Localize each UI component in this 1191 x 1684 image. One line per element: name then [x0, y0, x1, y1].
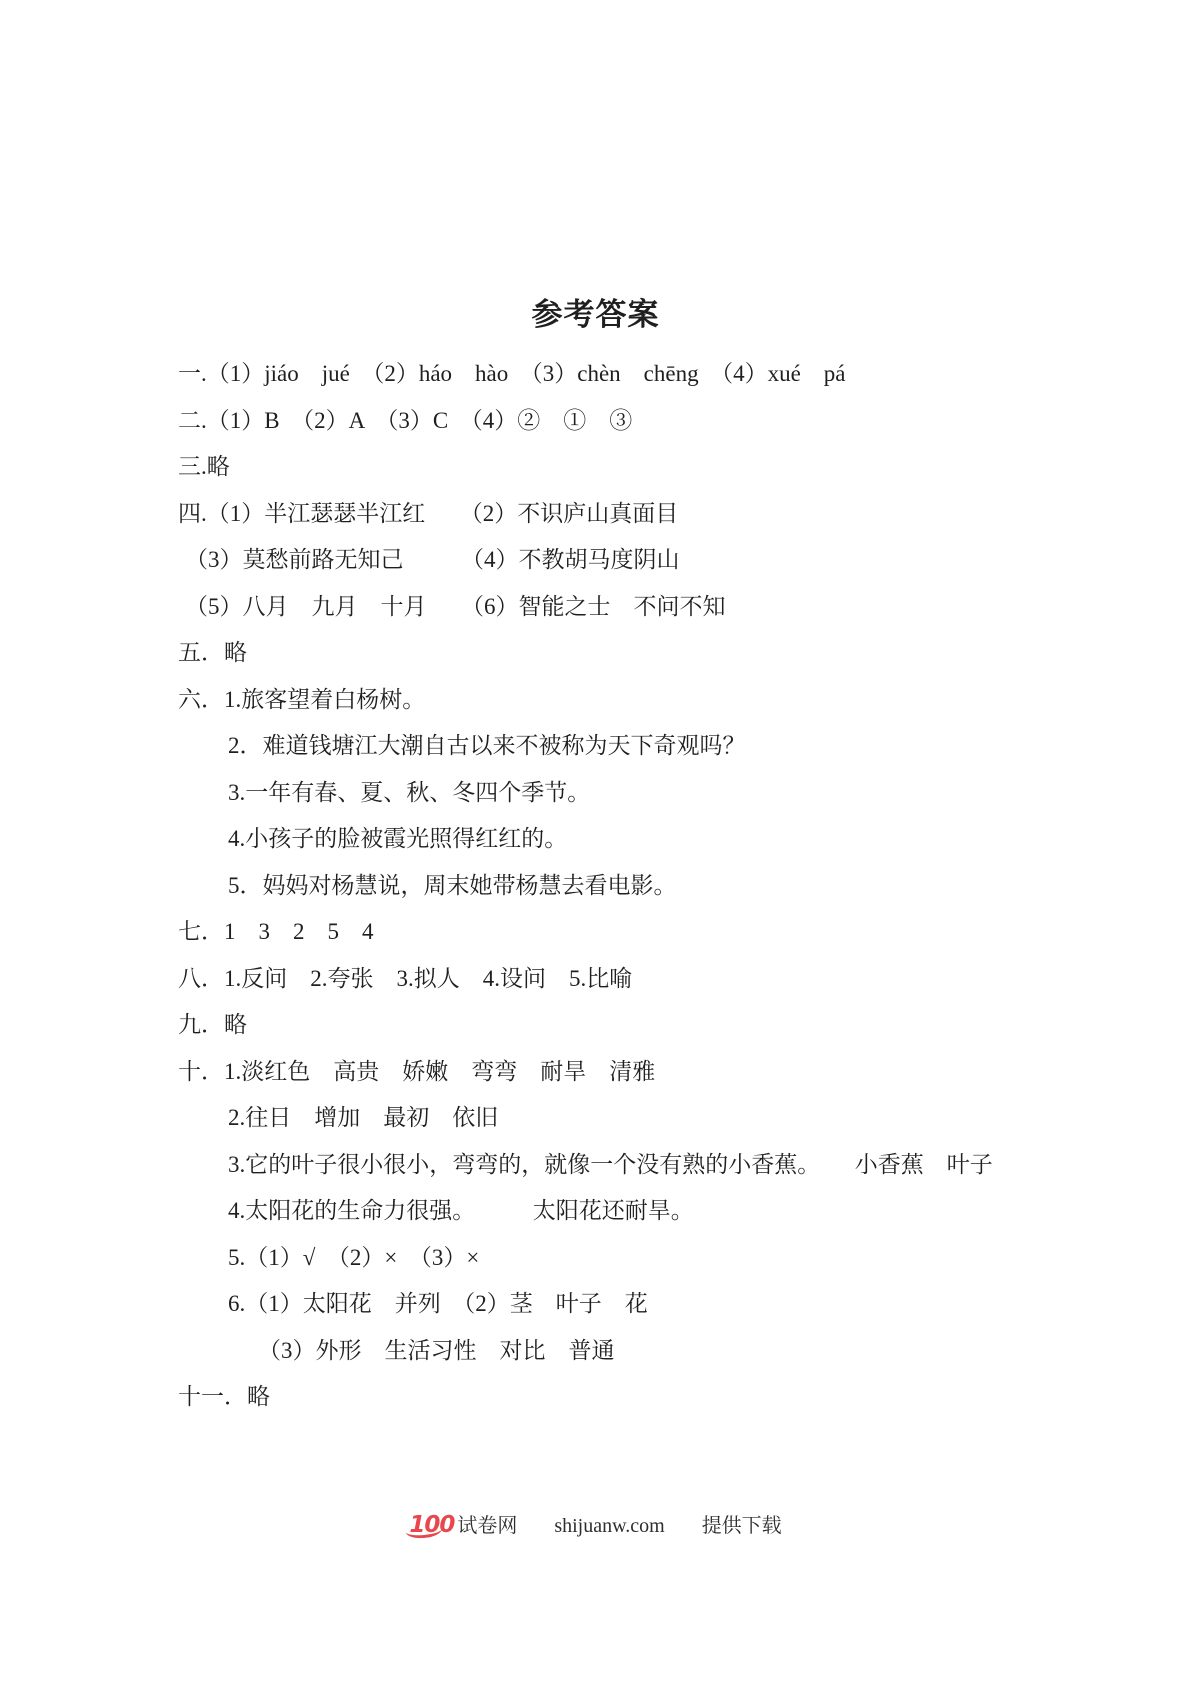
answer-line: 5.（1）√ （2）× （3）×	[228, 1235, 1151, 1282]
logo-100-icon: 100	[409, 1512, 454, 1538]
footer-tagline: 提供下载	[702, 1509, 782, 1538]
answer-line: 二.（1）B （2）A （3）C （4）② ① ③	[178, 398, 1151, 445]
answer-list: 一.（1）jiáo jué （2）háo hào （3）chèn chēng （…	[178, 351, 1151, 1421]
answer-line: 4.小孩子的脸被霞光照得红红的。	[228, 816, 1151, 863]
footer: 100 试卷网 shijuanw.com 提供下载	[0, 1509, 1191, 1538]
answer-line: 2．难道钱塘江大潮自古以来不被称为天下奇观吗？	[228, 723, 1151, 770]
document-page: 参考答案 一.（1）jiáo jué （2）háo hào （3）chèn ch…	[0, 0, 1191, 1684]
answer-line: 一.（1）jiáo jué （2）háo hào （3）chèn chēng （…	[178, 351, 1151, 398]
answer-line: 三.略	[178, 444, 1151, 491]
answer-line: 五．略	[178, 630, 1151, 677]
answer-line: 九．略	[178, 1002, 1151, 1049]
answer-line: （3）外形 生活习性 对比 普通	[258, 1328, 1151, 1375]
answer-line: 2.往日 增加 最初 依旧	[228, 1095, 1151, 1142]
answer-line: 3.它的叶子很小很小，弯弯的，就像一个没有熟的小香蕉。 小香蕉 叶子	[228, 1142, 1151, 1189]
page-title: 参考答案	[0, 289, 1191, 334]
shijuanw-logo: 100 试卷网	[409, 1509, 517, 1538]
answer-line: 四.（1）半江瑟瑟半江红 （2）不识庐山真面目	[178, 491, 1151, 538]
answer-line: （3）莫愁前路无知己 （4）不教胡马度阴山	[185, 537, 1151, 584]
footer-domain: shijuanw.com	[554, 1515, 664, 1538]
answer-line: 6.（1）太阳花 并列 （2）茎 叶子 花	[228, 1281, 1151, 1328]
answer-line: （5）八月 九月 十月 （6）智能之士 不问不知	[185, 584, 1151, 631]
answer-line: 八．1.反问 2.夸张 3.拟人 4.设问 5.比喻	[178, 956, 1151, 1003]
footer-site-name: 试卷网	[457, 1509, 517, 1538]
answer-line: 十一．略	[178, 1374, 1151, 1421]
answer-line: 六．1.旅客望着白杨树。	[178, 677, 1151, 724]
answer-line: 3.一年有春、夏、秋、冬四个季节。	[228, 770, 1151, 817]
answer-line: 七．1 3 2 5 4	[178, 909, 1151, 956]
answer-line: 4.太阳花的生命力很强。 太阳花还耐旱。	[228, 1188, 1151, 1235]
answer-line: 5．妈妈对杨慧说，周末她带杨慧去看电影。	[228, 863, 1151, 910]
answer-line: 十．1.淡红色 高贵 娇嫩 弯弯 耐旱 清雅	[178, 1049, 1151, 1096]
